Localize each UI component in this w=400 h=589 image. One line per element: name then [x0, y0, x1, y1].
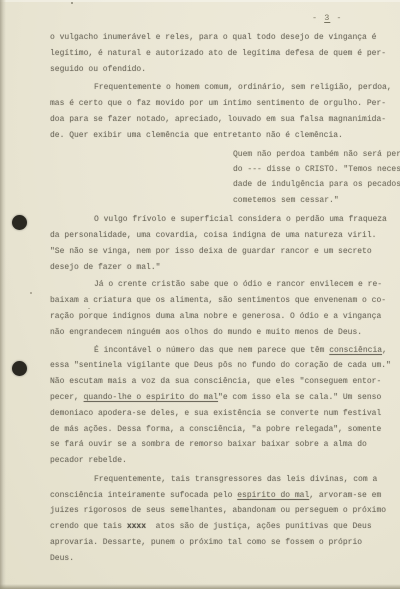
- page-number: - 3 -: [312, 13, 343, 23]
- text-line: baixam a criatura que os alimenta, são s…: [50, 293, 394, 309]
- text-line: dade de indulgência para os pecados que: [233, 177, 394, 192]
- paper-top-edge: [0, 0, 400, 2]
- text-line: o vulgacho inumerável e reles, para o qu…: [50, 30, 394, 46]
- text-line: consciência inteiramente sufocada pelo e…: [50, 488, 394, 504]
- text-line: Já o crente cristão sabe que o ódio e ra…: [50, 277, 394, 293]
- text-line: doa para se fazer notado, apreciado, lou…: [50, 112, 394, 128]
- text-line: Quem não perdoa também não será perdoa-: [233, 147, 394, 162]
- text-line: da personalidade, uma covardia, coisa in…: [50, 228, 394, 244]
- text-segment: atos são de justiça, ações punitivas que…: [146, 522, 372, 531]
- underlined-text: quando-lhe o espirito do mal: [84, 393, 218, 402]
- text-line: legítimo, é natural e autorizado ato de …: [50, 46, 394, 62]
- paper-left-edge: [0, 0, 6, 589]
- text-line: se fará ouvir se a sombra de remorso bai…: [50, 437, 394, 453]
- paragraph-3: O vulgo frívolo e superficial considera …: [50, 212, 394, 275]
- text-line: essa "sentinela vigilante que Deus pôs n…: [50, 358, 394, 374]
- paragraph-4: Já o crente cristão sabe que o ódio e ra…: [50, 277, 394, 340]
- text-line: aprovaria. Dessarte, punem o próximo tal…: [50, 535, 394, 551]
- text-segment: É incontável o número das que nem parece…: [94, 346, 329, 355]
- struck-out-text: xxxx: [127, 522, 146, 531]
- paper-bottom-edge: [0, 584, 400, 589]
- text-line: de más ações. Dessa forma, a consciência…: [50, 422, 394, 438]
- text-line: cometemos sem cessar.": [233, 193, 394, 208]
- paragraph-6: Frequentemente, tais transgressores das …: [50, 472, 394, 567]
- text-segment: ,: [382, 346, 387, 355]
- text-line: seguido ou ofendido.: [50, 62, 394, 78]
- text-line: ração porque indignos duma alma nobre e …: [50, 309, 394, 325]
- text-segment: "e com isso ela se cala." Um senso: [218, 393, 381, 402]
- text-line: Frequentemente, tais transgressores das …: [50, 472, 394, 488]
- block-quote: Quem não perdoa também não será perdoa- …: [233, 147, 394, 209]
- typewritten-text: o vulgacho inumerável e reles, para o qu…: [50, 30, 394, 567]
- text-line: Frequentemente o homem comum, ordinário,…: [50, 80, 394, 96]
- scanned-document-page: - 3 - o vulgacho inumerável e reles, par…: [0, 0, 400, 589]
- text-line: desejo de fazer o mal.": [50, 260, 394, 276]
- page-number-dash: -: [330, 13, 342, 23]
- text-line: do --- disse o CRISTO. "Temos necessi-: [233, 162, 394, 177]
- text-line: mas é certo que o faz movido por um ínti…: [50, 96, 394, 112]
- text-line: crendo que tais xxxx atos são de justiça…: [50, 519, 394, 535]
- page-number-dash: -: [312, 13, 324, 23]
- underlined-text: espirito do mal: [237, 491, 309, 500]
- text-line: de. Quer exibir uma clemência que entret…: [50, 128, 394, 144]
- text-line: O vulgo frívolo e superficial considera …: [50, 212, 394, 228]
- paragraph-5: É incontável o número das que nem parece…: [50, 343, 394, 469]
- text-segment: , arvoram-se em: [309, 491, 381, 500]
- text-segment: pecer,: [50, 393, 84, 402]
- text-line: É incontável o número das que nem parece…: [50, 343, 394, 359]
- punch-hole-top: [12, 215, 27, 230]
- text-line: "Se não se vinga, nem por isso deixa de …: [50, 244, 394, 260]
- text-line: pecer, quando-lhe o espirito do mal"e co…: [50, 390, 394, 406]
- text-line: Não escutam mais a voz da sua consciênci…: [50, 374, 394, 390]
- text-line: não engrandecem ninguém aos olhos do mun…: [50, 325, 394, 341]
- paper-speck: [30, 292, 32, 294]
- text-line: Deus.: [50, 551, 394, 567]
- text-line: juizes rigorosos de seus semelhantes, ab…: [50, 503, 394, 519]
- text-segment: consciência inteiramente sufocada pelo: [50, 491, 237, 500]
- underlined-text: consciência: [329, 346, 382, 355]
- text-segment: crendo que tais: [50, 522, 127, 531]
- paragraph-1: o vulgacho inumerável e reles, para o qu…: [50, 30, 394, 77]
- text-line: pecador rebelde.: [50, 453, 394, 469]
- paper-speck: [71, 2, 73, 4]
- text-line: demoniaco apodera-se deles, e sua existê…: [50, 406, 394, 422]
- paragraph-2: Frequentemente o homem comum, ordinário,…: [50, 80, 394, 143]
- punch-hole-bottom: [12, 361, 27, 376]
